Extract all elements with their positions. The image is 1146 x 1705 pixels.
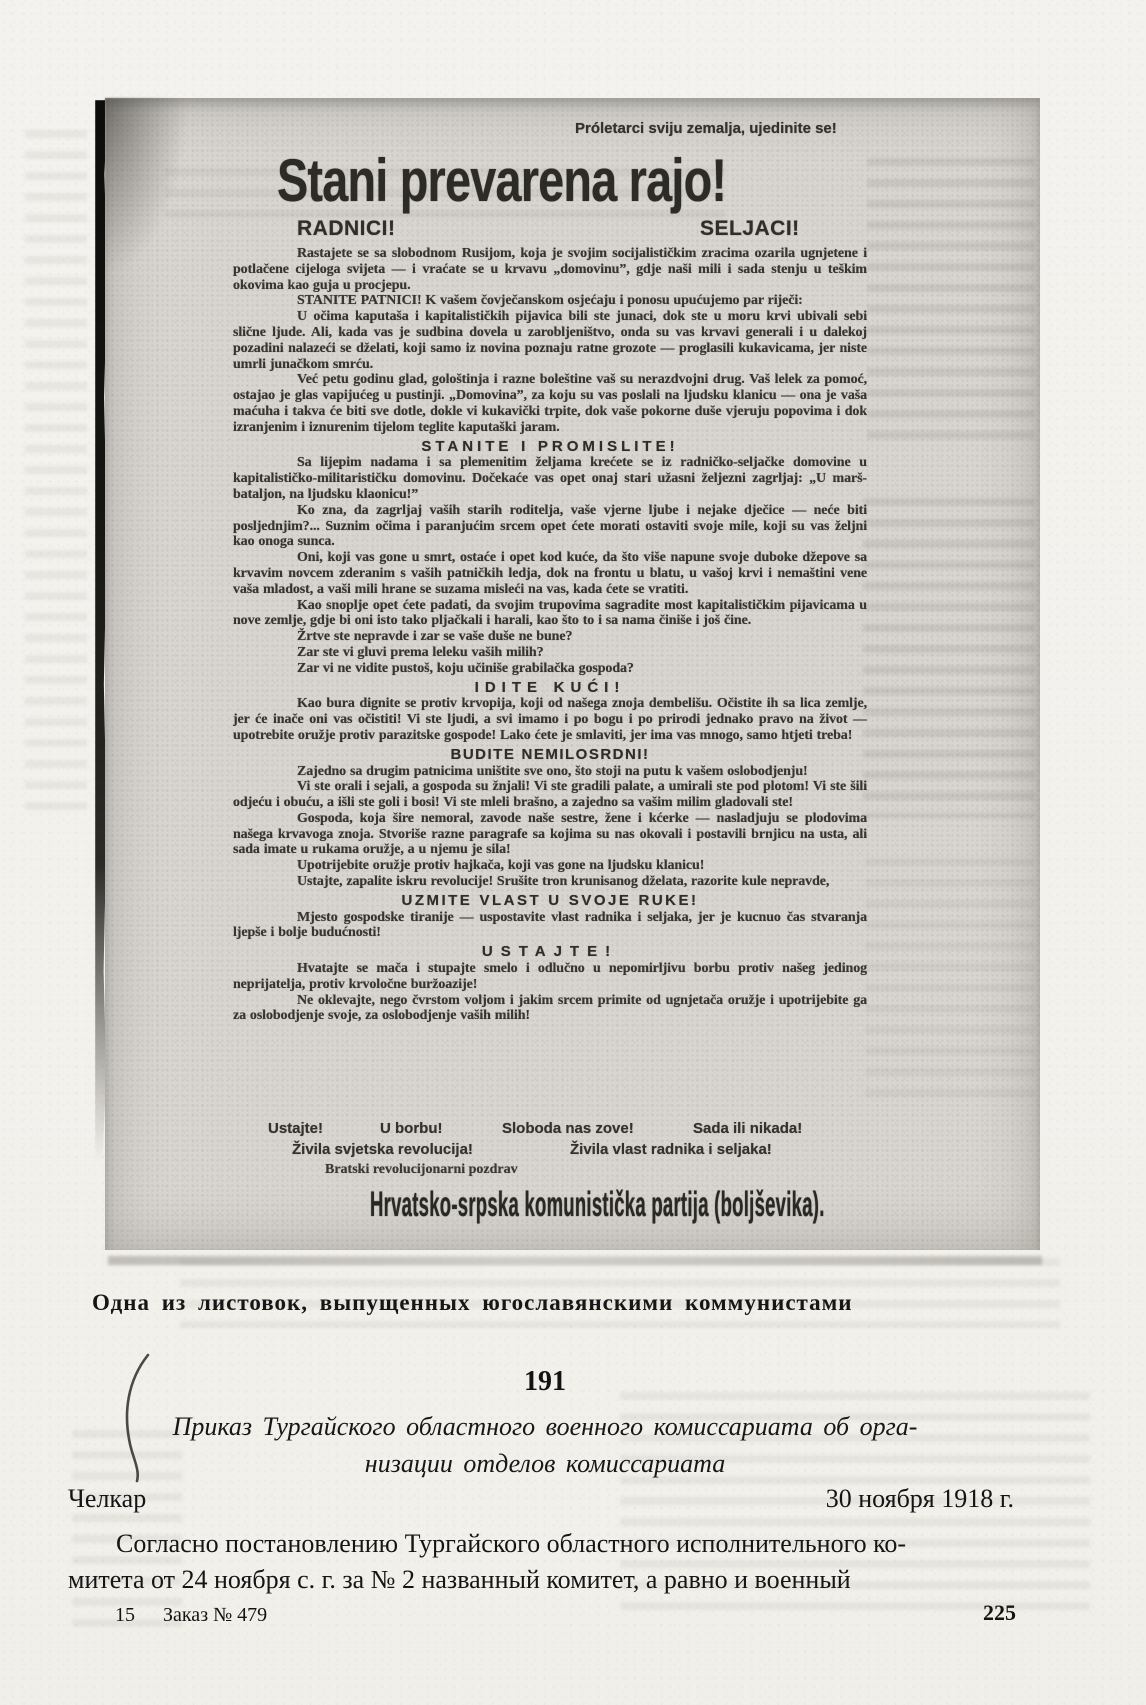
leaflet-paragraph: Oni, koji vas gone u smrt, ostaće i opet… (233, 550, 867, 597)
document-title-line: Приказ Тургайского областного военного к… (105, 1408, 985, 1445)
leaflet-cheer: Živila vlast radnika i seljaka! (570, 1141, 772, 1158)
leaflet-question-line: Zar ste vi gluvi prema leleku vaših mili… (233, 645, 867, 661)
leaflet-question-line: Zar vi ne vidite pustoš, koju učiniše gr… (233, 661, 867, 677)
leaflet-paragraph: Vi ste orali i sejali, a gospoda su žnja… (233, 779, 867, 811)
document-body: Согласно постановлению Тургайского облас… (68, 1526, 1013, 1598)
leaflet-slogans: Ustajte! U borbu! Sloboda nas zove! Sada… (233, 1120, 913, 1140)
document-title: Приказ Тургайского областного военного к… (105, 1408, 985, 1482)
print-order-info: 15Заказ № 479 (115, 1604, 267, 1627)
document-body-line: Согласно постановлению Тургайского облас… (68, 1526, 1013, 1562)
leaflet-address-peasants: SELJACI! (700, 217, 800, 241)
leaflet-paragraph: Ustajte, zapalite iskru revolucije! Sruš… (233, 874, 867, 890)
figure-caption: Одна из листовок, выпущенных югославянск… (92, 1290, 853, 1316)
bleedthrough-text (865, 858, 1035, 1098)
leaflet-paragraph: Sa lijepim nadama i sa plemenitim željam… (233, 455, 867, 502)
bleedthrough-text (863, 498, 1035, 818)
leaflet-title: Stani prevarena rajo! (277, 146, 726, 215)
leaflet-slogan: U borbu! (380, 1120, 442, 1137)
leaflet-paragraph: Kao snoplje opet ćete padati, da svojim … (233, 598, 867, 630)
leaflet-paragraph: Ko zna, da zagrljaj vaših starih roditel… (233, 503, 867, 550)
order-number: Заказ № 479 (163, 1604, 267, 1626)
bleedthrough-text (25, 130, 87, 810)
leaflet-section-heading: IDITE KUĆI! (233, 680, 867, 696)
leaflet-paragraph: Mjesto gospodske tiranije — uspostavite … (233, 910, 867, 942)
leaflet-cheer: Živila svjetska revolucija! (292, 1141, 473, 1158)
leaflet-slogan: Ustajte! (268, 1120, 323, 1137)
leaflet-address-workers: RADNICI! (297, 217, 396, 241)
document-date: 30 ноября 1918 г. (826, 1484, 1014, 1514)
leaflet-paragraph: Gospoda, koja šire nemoral, zavode naše … (233, 811, 867, 858)
leaflet-paragraph: Zajedno sa drugim patnicima uništite sve… (233, 764, 867, 780)
leaflet-cheers: Živila svjetska revolucija! Živila vlast… (233, 1141, 913, 1161)
leaflet-closing-line: Bratski revolucijonarni pozdrav (325, 1162, 518, 1178)
leaflet-paragraph: Hvatajte se mača i stupajte smelo i odlu… (233, 961, 867, 993)
leaflet-slogan: Sada ili nikada! (693, 1120, 802, 1137)
leaflet-body: Rastajete se sa slobodnom Rusijom, koja … (233, 246, 867, 1118)
leaflet-section-heading: STANITE I PROMISLITE! (233, 439, 867, 455)
leaflet-section-heading: BUDITE NEMILOSRDNI! (233, 747, 867, 763)
leaflet-paragraph: Upotrijebite oružje protiv hajkača, koji… (233, 858, 867, 874)
leaflet-section-heading: UZMITE VLAST U SVOJE RUKE! (233, 893, 867, 909)
leaflet-motto: Próletarci sviju zemalja, ujedinite se! (575, 120, 837, 137)
leaflet-paragraph: Kao bura dignite se protiv krvopija, koj… (233, 696, 867, 743)
document-title-line: низации отделов комиссариата (105, 1445, 985, 1482)
bleedthrough-text (867, 158, 1035, 448)
leaflet-paragraph: Već petu godinu glad, gološtinja i razne… (233, 372, 867, 435)
leaflet-paragraph: STANITE PATNICI! K vašem čovječanskom os… (233, 293, 867, 309)
leaflet-section-heading: USTAJTE! (233, 944, 867, 960)
document-number: 191 (105, 1366, 985, 1398)
leaflet-question-line: Žrtve ste nepravde i zar se vaše duše ne… (233, 629, 867, 645)
leaflet-paragraph: U očima kaputaša i kapitalističkih pijav… (233, 309, 867, 372)
book-page: Próletarci sviju zemalja, ujedinite se! … (0, 0, 1146, 1705)
leaflet-paragraph: Ne oklevajte, nego čvrstom voljom i jaki… (233, 993, 867, 1025)
page-number: 225 (983, 1600, 1016, 1626)
leaflet-scan: Próletarci sviju zemalja, ujedinite se! … (105, 98, 1040, 1250)
document-place: Челкар (68, 1484, 146, 1514)
scan-corner-smudge (105, 98, 195, 288)
document-body-line: митета от 24 ноября с. г. за № 2 названн… (68, 1562, 1013, 1598)
leaflet-paragraph: Rastajete se sa slobodnom Rusijom, koja … (233, 246, 867, 293)
leaflet-signature: Hrvatsko-srpska komunistička partija (bo… (370, 1184, 825, 1224)
leaflet-slogan: Sloboda nas zove! (502, 1120, 634, 1137)
signature-sheet-number: 15 (115, 1604, 135, 1626)
